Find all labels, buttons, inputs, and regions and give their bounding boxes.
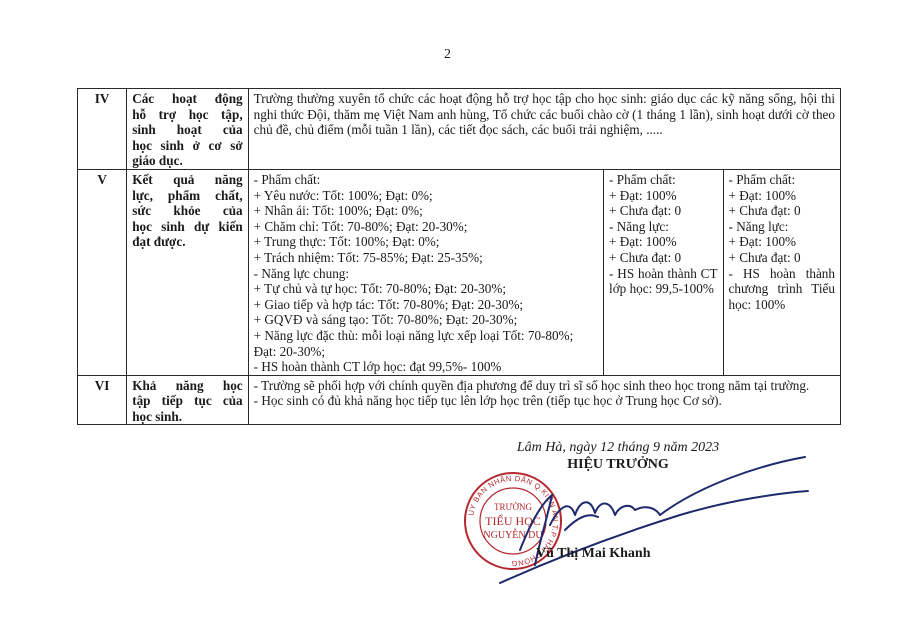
title-line: sinh hoạt của [132,122,242,138]
text-line: + Đạt: 100% [609,188,717,204]
text-line: + Đạt: 100% [609,234,717,250]
row-content: Trường thường xuyên tổ chức các hoạt độn… [248,89,840,170]
text-line: + Chưa đạt: 0 [729,203,835,219]
text-line: + Trung thực: Tốt: 100%; Đạt: 0%; [254,234,598,250]
text-line: - Năng lực: [609,219,717,235]
text-line: - HS hoàn thành chương trình Tiểu học: 1… [729,266,835,313]
text-line: - HS hoàn thành CT lớp học: đạt 99,5%- 1… [254,359,598,375]
text-line: + Yêu nước: Tốt: 100%; Đạt: 0%; [254,188,598,204]
title-line: Khả năng học [132,378,242,394]
handwritten-signature-icon [480,455,810,595]
title-line: Các hoạt động [132,91,242,107]
row-number: VI [78,375,127,425]
signer-name: Vũ Thị Mai Khanh [536,546,651,562]
text-line: + Chưa đạt: 0 [609,250,717,266]
title-line: Kết quả năng [132,172,242,188]
title-line: học sinh ở cơ sở [132,138,242,154]
text-line: + Chăm chỉ: Tốt: 70-80%; Đạt: 20-30%; [254,219,598,235]
text-line: - Phẩm chất: [729,172,835,188]
title-line: đạt được. [132,234,242,250]
row-title: Khả năng học tập tiếp tục của học sinh. [127,375,248,425]
text-line: - Năng lực: [729,219,835,235]
row-title: Các hoạt động hỗ trợ học tập, sinh hoạt … [127,89,248,170]
text-line: - Năng lực chung: [254,266,598,282]
text-line: - HS hoàn thành CT lớp học: 99,5-100% [609,266,717,297]
table-row-iv: IV Các hoạt động hỗ trợ học tập, sinh ho… [78,89,841,170]
title-line: học sinh dự kiến [132,219,242,235]
row-number: V [78,169,127,375]
text-line: - Học sinh có đủ khả năng học tiếp tục l… [254,393,835,409]
text-line: - Phẩm chất: [609,172,717,188]
title-line: giáo dục. [132,153,242,169]
title-line: hỗ trợ học tập, [132,107,242,123]
results-column-b: - Phẩm chất:+ Đạt: 100%+ Chưa đạt: 0- Nă… [604,169,723,375]
row-number: IV [78,89,127,170]
text-line: + Trách nhiệm: Tốt: 75-85%; Đạt: 25-35%; [254,250,598,266]
title-line: học sinh. [132,409,242,425]
page-number: 2 [444,47,451,63]
text-line: + Giao tiếp và hợp tác: Tốt: 70-80%; Đạt… [254,297,598,313]
date-line: Lâm Hà, ngày 12 tháng 9 năm 2023 [478,440,758,456]
text-line: + Nhân ái: Tốt: 100%; Đạt: 0%; [254,203,598,219]
title-line: sức khỏe của [132,203,242,219]
text-line: + Chưa đạt: 0 [729,250,835,266]
text-line: + Đạt: 100% [729,234,835,250]
table-row-vi: VI Khả năng học tập tiếp tục của học sin… [78,375,841,425]
row-content: - Trường sẽ phối hợp với chính quyền địa… [248,375,840,425]
row-title: Kết quả năng lực, phẩm chất, sức khỏe củ… [127,169,248,375]
table-row-v: V Kết quả năng lực, phẩm chất, sức khỏe … [78,169,841,375]
results-column-c: - Phẩm chất:+ Đạt: 100%+ Chưa đạt: 0- Nă… [723,169,840,375]
text-line: - Trường sẽ phối hợp với chính quyền địa… [254,378,835,394]
text-line: - Phẩm chất: [254,172,598,188]
text-line: + Năng lực đặc thù: mỗi loại năng lực xế… [254,328,598,359]
text-line: + Chưa đạt: 0 [609,203,717,219]
title-line: tập tiếp tục của [132,393,242,409]
text-line: + GQVĐ và sáng tạo: Tốt: 70-80%; Đạt: 20… [254,312,598,328]
title-line: lực, phẩm chất, [132,188,242,204]
expected-results-column: - Phẩm chất:+ Yêu nước: Tốt: 100%; Đạt: … [248,169,603,375]
text-line: + Đạt: 100% [729,188,835,204]
text-line: + Tự chủ và tự học: Tốt: 70-80%; Đạt: 20… [254,281,598,297]
content-table: IV Các hoạt động hỗ trợ học tập, sinh ho… [77,88,841,425]
